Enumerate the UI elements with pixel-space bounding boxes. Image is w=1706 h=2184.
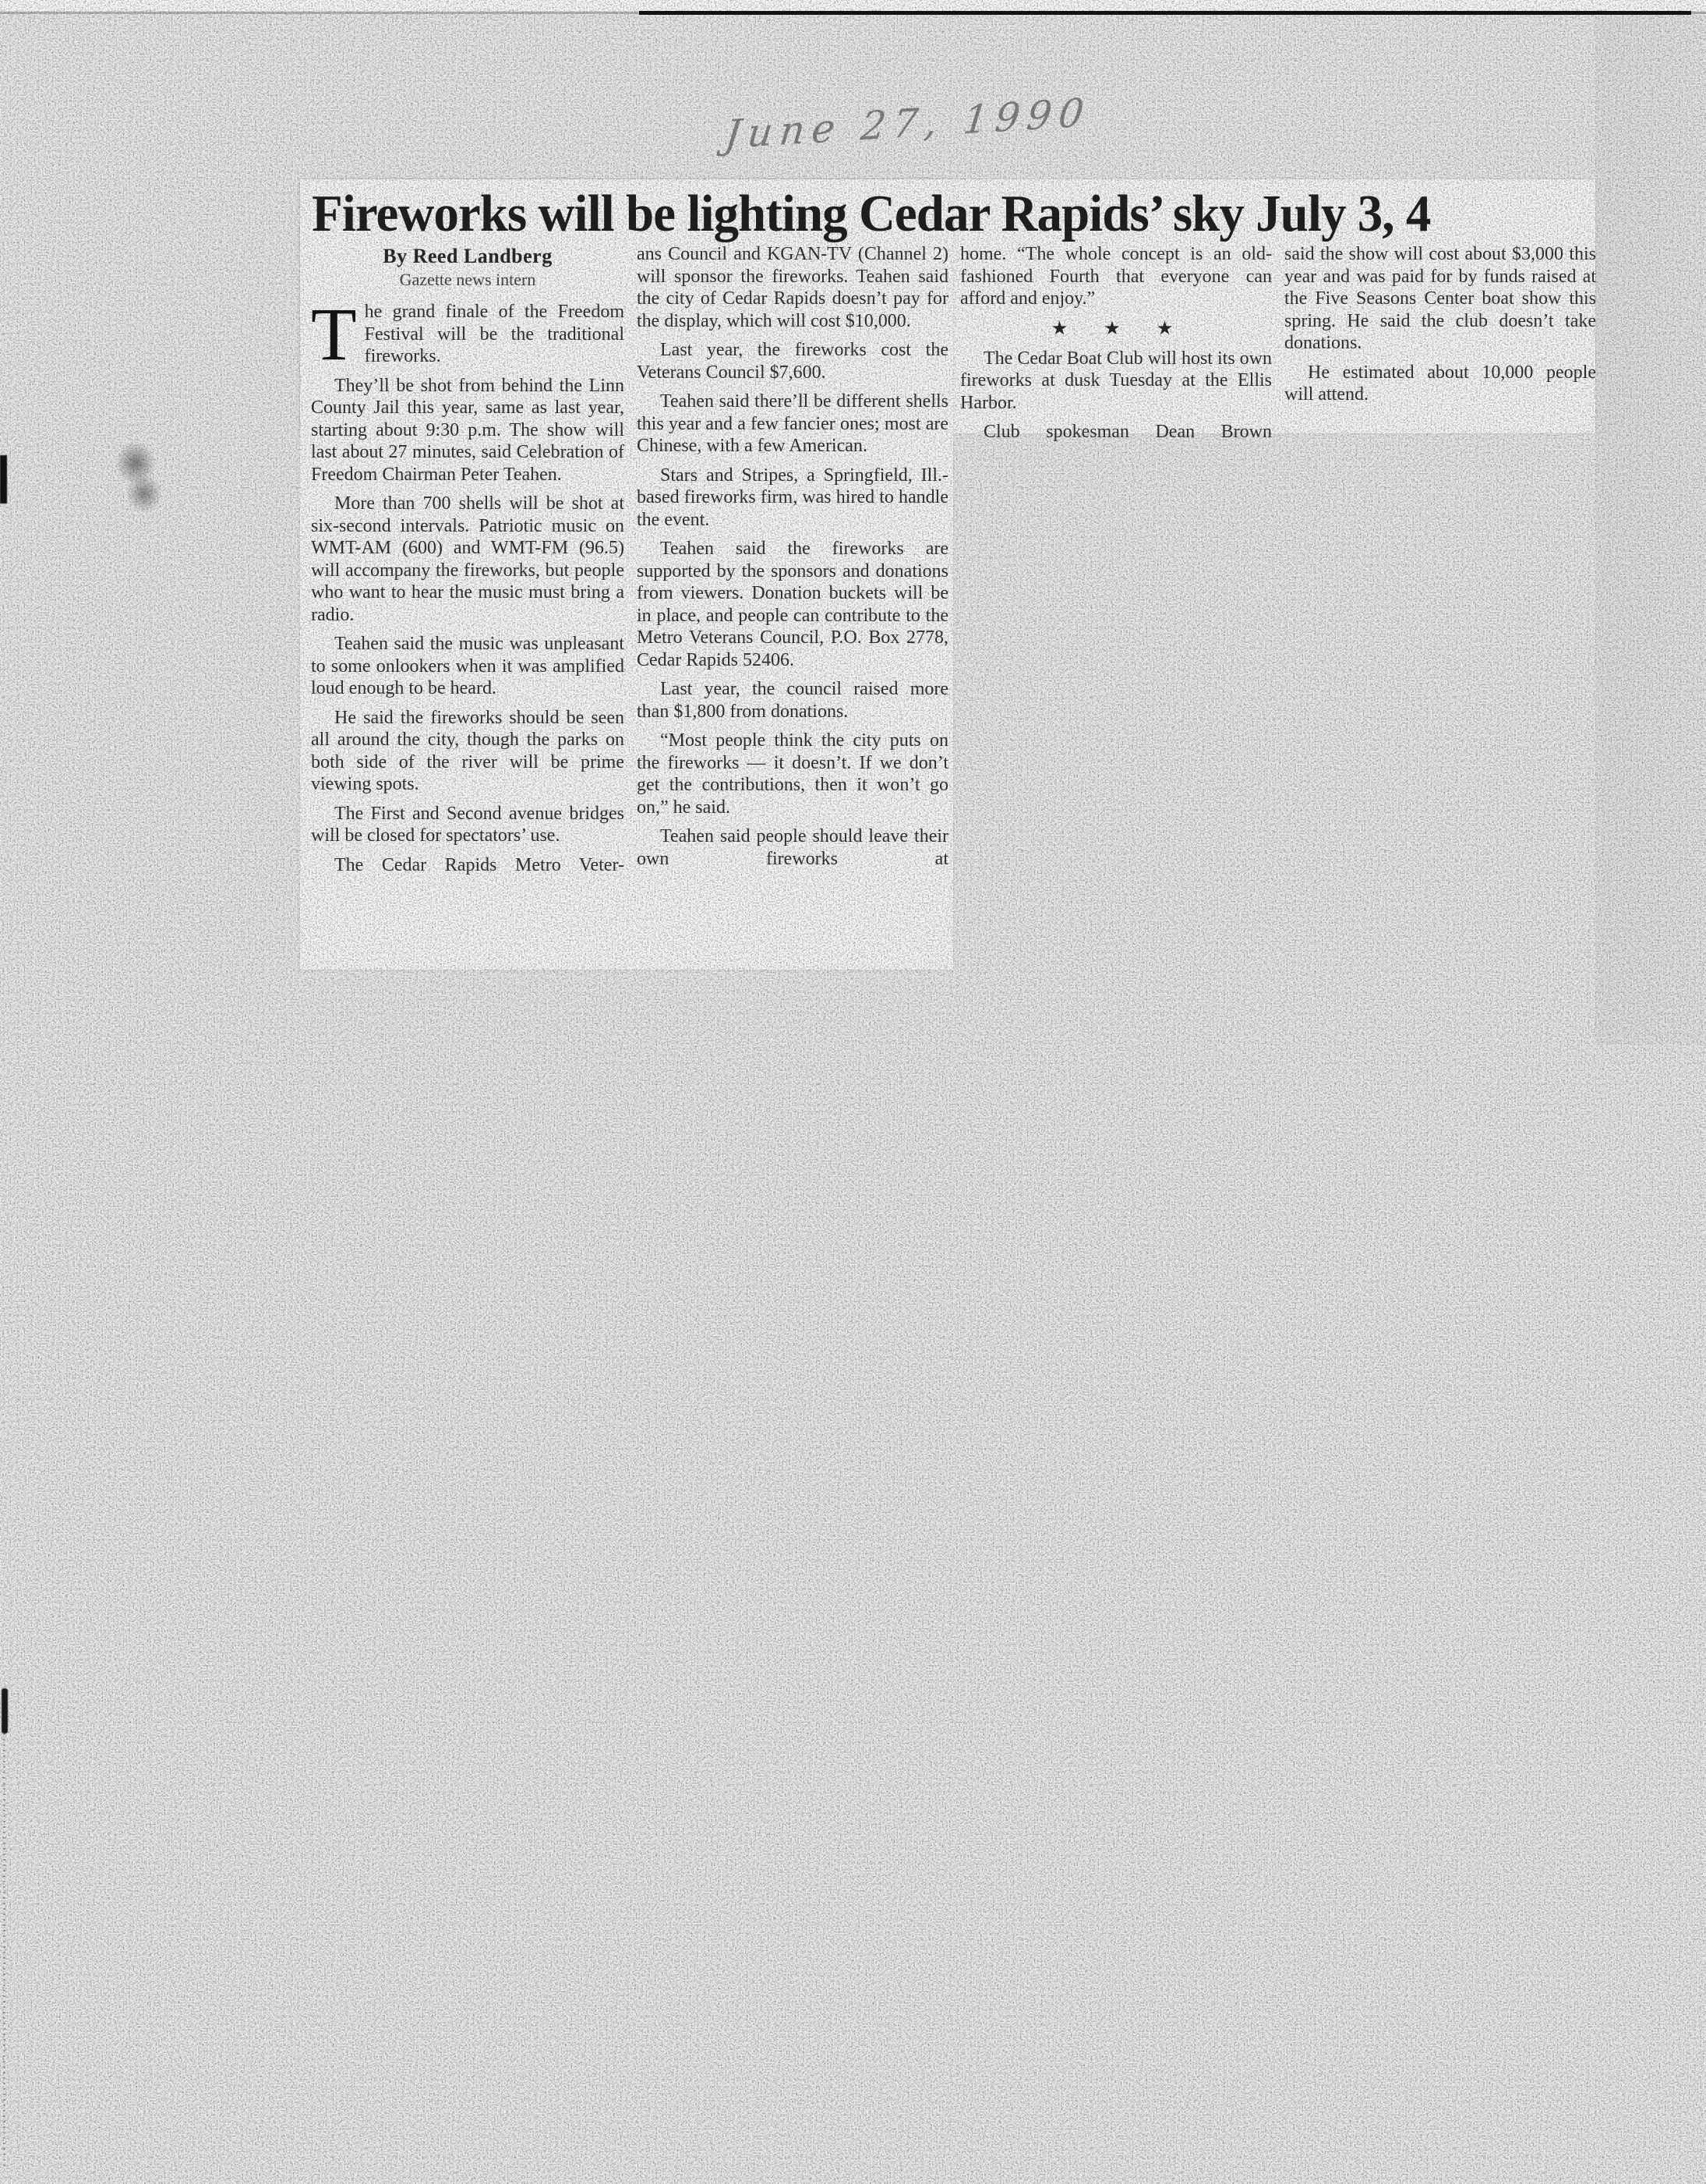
article-paragraph: The grand finale of the Freedom Festival… (311, 301, 624, 368)
article-paragraph: The Cedar Rapids Metro Veter- (311, 854, 624, 877)
article-paragraph: More than 700 shells will be shot at six… (311, 493, 624, 626)
article-column-2: ans Council and KGAN-TV (Channel 2) will… (637, 243, 948, 877)
drop-cap: T (311, 301, 365, 363)
scan-fold-line-dark (639, 11, 1691, 15)
article-paragraph: Teahen said people should leave their ow… (637, 825, 948, 870)
article-paragraph: Last year, the council raised more than … (637, 678, 948, 723)
stars-separator: ★ ★ ★ (968, 317, 1272, 340)
scan-top-white-band (0, 0, 1706, 11)
column-body: said the show will cost about $3,000 thi… (1284, 243, 1596, 406)
scanned-newspaper-page: June 27, 1990 Fireworks will be lighting… (0, 0, 1706, 2184)
handwritten-date: June 27, 1990 (722, 87, 1132, 157)
scan-artifact-left-bar-lower (2, 1688, 8, 1733)
byline-title: Gazette news intern (311, 270, 624, 290)
scan-artifact-smudge (126, 474, 162, 513)
article-headline: Fireworks will be lighting Cedar Rapids’… (312, 186, 1544, 242)
article-paragraph: home. “The whole concept is an old-fashi… (960, 243, 1272, 310)
article-paragraph: ans Council and KGAN-TV (Channel 2) will… (637, 243, 948, 332)
article-paragraph: The First and Second avenue bridges will… (311, 803, 624, 847)
column-body: The grand finale of the Freedom Festival… (311, 301, 624, 876)
article-paragraph: Teahen said the music was unpleasant to … (311, 633, 624, 700)
article-paragraph: Teahen said the fireworks are supported … (637, 538, 948, 671)
article-paragraph: He said the fireworks should be seen all… (311, 707, 624, 796)
article-paragraph: Stars and Stripes, a Springfield, Ill.-b… (637, 465, 948, 532)
byline: By Reed Landberg (311, 245, 624, 268)
article-paragraph: Club spokesman Dean Brown (960, 421, 1272, 444)
article-paragraph: He estimated about 10,000 people will at… (1284, 362, 1596, 406)
scan-artifact-dotted-trail (3, 1733, 5, 2170)
article-paragraph: They’ll be shot from behind the Linn Cou… (311, 375, 624, 486)
column-body: home. “The whole concept is an old-fashi… (960, 243, 1272, 444)
article-paragraph: The Cedar Boat Club will host its own fi… (960, 348, 1272, 415)
article-paragraph: Teahen said there’ll be different shells… (637, 391, 948, 458)
scan-shading-right (1595, 16, 1706, 1044)
article-paragraph: “Most people think the city puts on the … (637, 730, 948, 818)
scan-artifact-left-bar (0, 455, 7, 504)
article-column-1: By Reed Landberg Gazette news intern The… (311, 245, 624, 883)
column-body: ans Council and KGAN-TV (Channel 2) will… (637, 243, 948, 870)
article-column-4: said the show will cost about $3,000 thi… (1284, 243, 1596, 413)
article-paragraph: said the show will cost about $3,000 thi… (1284, 243, 1596, 355)
article-paragraph: Last year, the fireworks cost the Vetera… (637, 339, 948, 383)
article-column-3: home. “The whole concept is an old-fashi… (960, 243, 1272, 451)
